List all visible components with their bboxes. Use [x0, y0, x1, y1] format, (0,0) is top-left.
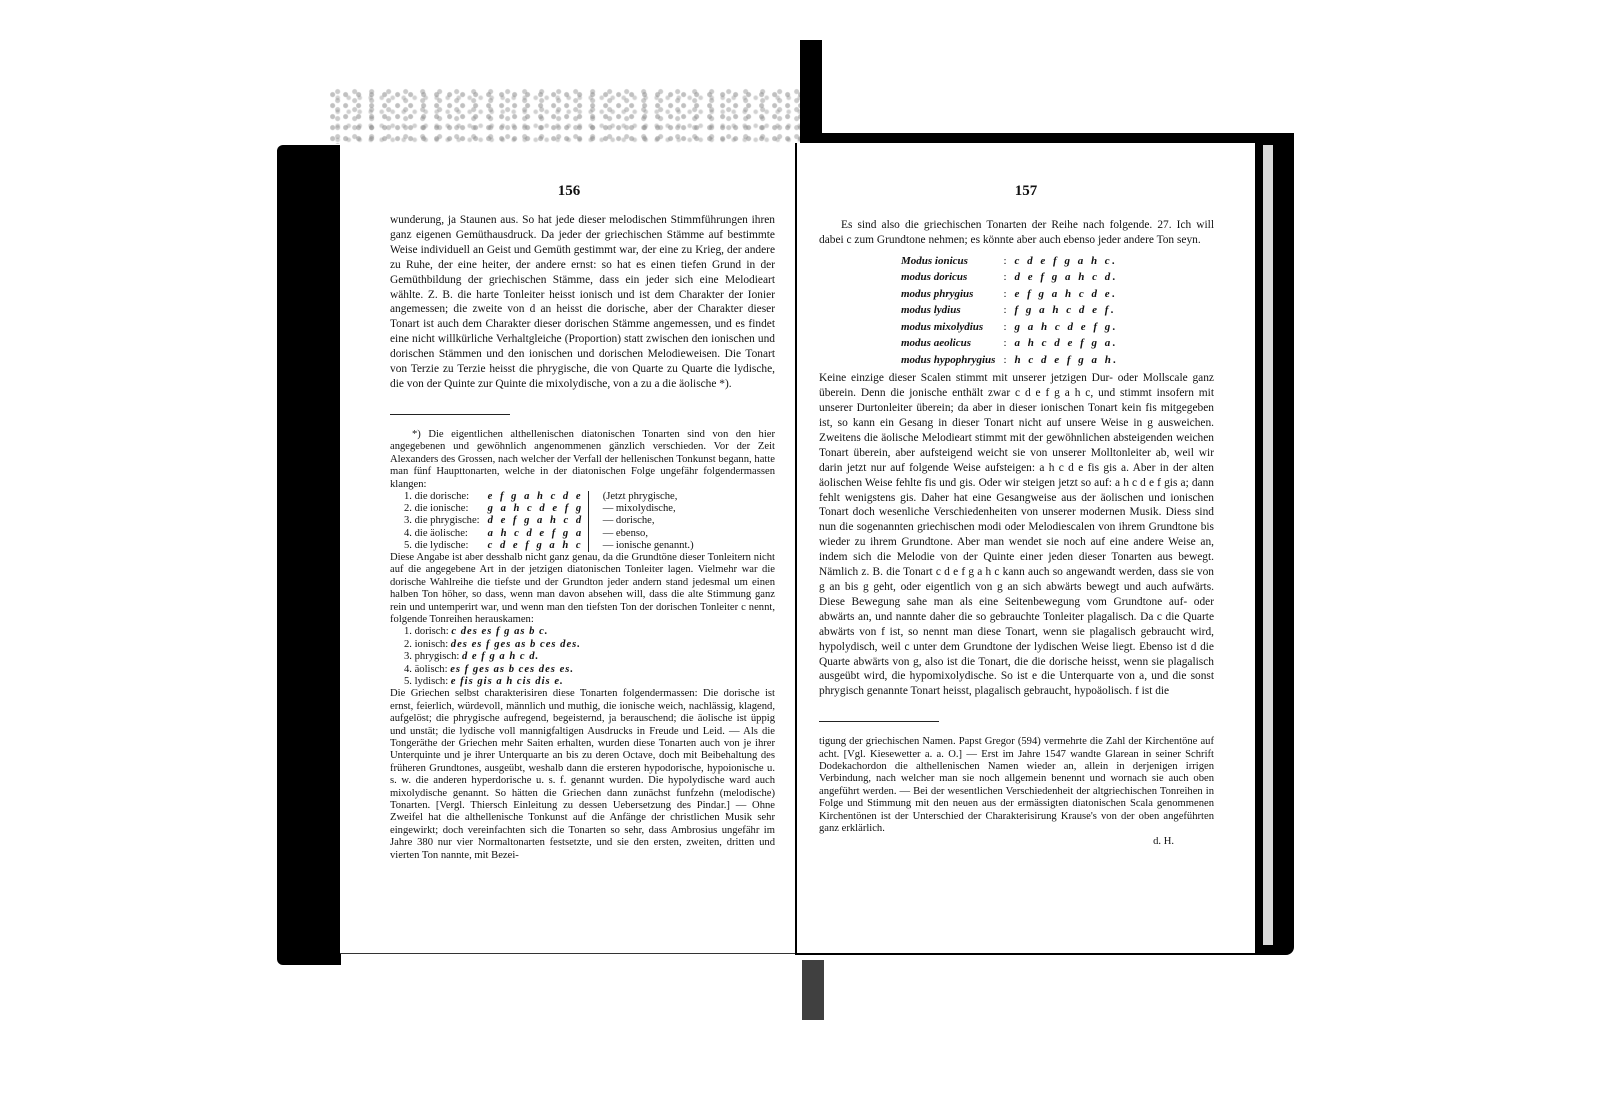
tone-series-list: 1. dorisch: c des es f g as b c.2. ionis…: [404, 626, 775, 688]
footnote: tigung der griechischen Namen. Papst Gre…: [819, 736, 1214, 848]
mode-notes: e f g a h c d e: [484, 491, 589, 503]
modus-notes: g a h c d e f g.: [1015, 320, 1125, 335]
list-item: 1. dorisch: c des es f g as b c.: [404, 626, 775, 638]
tone-series-notes: e fis gis a h cis dis e.: [451, 676, 564, 687]
modi-table: Modus ionicus:c d e f g a h c.modus dori…: [899, 252, 1127, 370]
mode-remark: — dorische,: [588, 515, 697, 527]
separator: :: [1003, 270, 1012, 285]
right-page-body: Es sind also die griechischen Tonarten d…: [819, 218, 1214, 848]
footnote-intro: *) Die eigentlichen althellenischen diat…: [390, 429, 775, 491]
separator: :: [1003, 254, 1012, 269]
table-row: modus aeolicus:a h c d e f g a.: [901, 336, 1125, 351]
modus-name: modus aeolicus: [901, 336, 1001, 351]
list-item: 3. phrygisch: d e f g a h c d.: [404, 651, 775, 663]
mode-remark: — ebenso,: [588, 528, 697, 540]
right-page: 157 Es sind also die griechischen Tonart…: [795, 143, 1257, 955]
mode-remark: — ionische genannt.): [588, 540, 697, 552]
tone-series-name: 4. äolisch:: [404, 664, 450, 675]
table-row: 5. die lydische:c d e f g a h c— ionisch…: [400, 540, 698, 552]
table-row: modus lydius:f g a h c d e f.: [901, 303, 1125, 318]
footnote-signature: d. H.: [819, 836, 1214, 848]
footnote-end: Die Griechen selbst charakterisiren dies…: [390, 688, 775, 862]
tone-series-name: 5. lydisch:: [404, 676, 451, 687]
mode-name: 2. die ionische:: [400, 503, 484, 515]
greek-modes-table: 1. die dorische:e f g a h c d e(Jetzt ph…: [400, 491, 698, 552]
book-spine-bottom: [802, 960, 824, 1020]
footnote: *) Die eigentlichen althellenischen diat…: [390, 429, 775, 862]
separator: :: [1003, 353, 1012, 368]
mode-remark: (Jetzt phrygische,: [588, 491, 697, 503]
list-item: 2. ionisch: des es f ges as b ces des.: [404, 639, 775, 651]
tone-series-notes: c des es f g as b c.: [451, 626, 548, 637]
modus-name: modus lydius: [901, 303, 1001, 318]
footnote-middle: Diese Angabe ist aber desshalb nicht gan…: [390, 552, 775, 626]
modus-notes: a h c d e f g a.: [1015, 336, 1125, 351]
main-text: Keine einzige dieser Scalen stimmt mit u…: [819, 371, 1214, 699]
book-right-page-stack: [1263, 145, 1273, 945]
left-page-body: wunderung, ja Staunen aus. So hat jede d…: [390, 213, 775, 862]
footnote-divider: [819, 721, 939, 722]
mode-name: 4. die äolische:: [400, 528, 484, 540]
mode-notes: a h c d e f g a: [484, 528, 589, 540]
book-left-edge: [277, 145, 341, 965]
separator: :: [1003, 336, 1012, 351]
main-text: wunderung, ja Staunen aus. So hat jede d…: [390, 213, 775, 392]
table-row: modus hypophrygius:h c d e f g a h.: [901, 353, 1125, 368]
tone-series-name: 2. ionisch:: [404, 639, 451, 650]
mode-name: 3. die phrygische:: [400, 515, 484, 527]
separator: :: [1003, 320, 1012, 335]
list-item: 5. lydisch: e fis gis a h cis dis e.: [404, 676, 775, 688]
list-item: 4. äolisch: es f ges as b ces des es.: [404, 664, 775, 676]
modus-notes: e f g a h c d e.: [1015, 287, 1125, 302]
separator: :: [1003, 287, 1012, 302]
tone-series-notes: d e f g a h c d.: [462, 651, 539, 662]
page-number: 156: [340, 183, 798, 200]
modus-name: modus hypophrygius: [901, 353, 1001, 368]
table-row: 4. die äolische:a h c d e f g a— ebenso,: [400, 528, 698, 540]
modus-name: Modus ionicus: [901, 254, 1001, 269]
tone-series-notes: des es f ges as b ces des.: [451, 639, 581, 650]
table-row: 1. die dorische:e f g a h c d e(Jetzt ph…: [400, 491, 698, 503]
table-row: modus doricus:d e f g a h c d.: [901, 270, 1125, 285]
scan-speckle-noise: [330, 88, 810, 144]
table-row: 3. die phrygische:d e f g a h c d— doris…: [400, 515, 698, 527]
modus-name: modus mixolydius: [901, 320, 1001, 335]
left-page: 156 wunderung, ja Staunen aus. So hat je…: [340, 143, 798, 954]
modus-notes: c d e f g a h c.: [1015, 254, 1125, 269]
table-row: 2. die ionische:g a h c d e f g— mixolyd…: [400, 503, 698, 515]
modus-name: modus phrygius: [901, 287, 1001, 302]
tone-series-name: 3. phrygisch:: [404, 651, 462, 662]
mode-name: 5. die lydische:: [400, 540, 484, 552]
modus-name: modus doricus: [901, 270, 1001, 285]
mode-notes: d e f g a h c d: [484, 515, 589, 527]
table-row: modus mixolydius:g a h c d e f g.: [901, 320, 1125, 335]
table-row: modus phrygius:e f g a h c d e.: [901, 287, 1125, 302]
mode-remark: — mixolydische,: [588, 503, 697, 515]
modus-notes: d e f g a h c d.: [1015, 270, 1125, 285]
tone-series-name: 1. dorisch:: [404, 626, 451, 637]
book-right-top-edge: [822, 133, 1294, 143]
modus-notes: h c d e f g a h.: [1015, 353, 1125, 368]
page-number: 157: [797, 183, 1255, 200]
separator: :: [1003, 303, 1012, 318]
mode-notes: g a h c d e f g: [484, 503, 589, 515]
mode-notes: c d e f g a h c: [484, 540, 589, 552]
mode-name: 1. die dorische:: [400, 491, 484, 503]
modus-notes: f g a h c d e f.: [1015, 303, 1125, 318]
footnote-divider: [390, 414, 510, 415]
tone-series-notes: es f ges as b ces des es.: [450, 664, 574, 675]
intro-text: Es sind also die griechischen Tonarten d…: [819, 218, 1214, 248]
table-row: Modus ionicus:c d e f g a h c.: [901, 254, 1125, 269]
footnote-text: tigung der griechischen Namen. Papst Gre…: [819, 736, 1214, 835]
